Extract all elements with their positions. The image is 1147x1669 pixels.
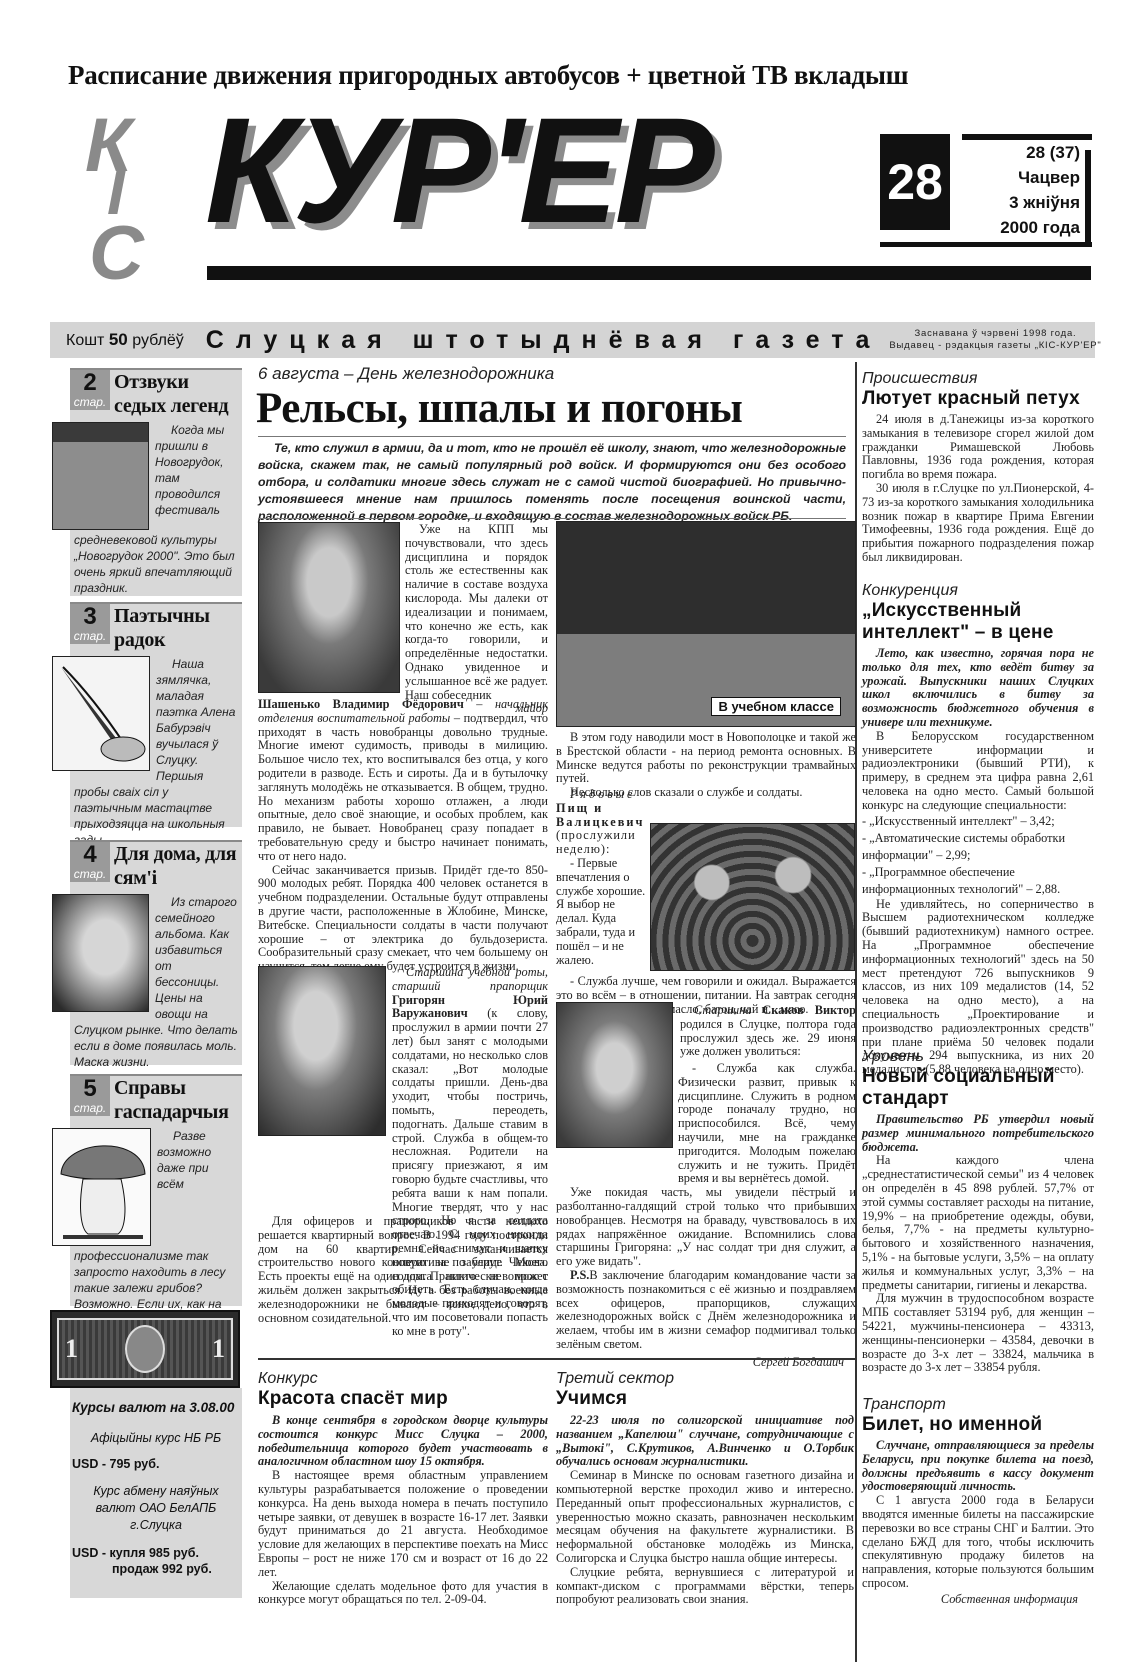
teaser-page-3[interactable]: 3стар. Паэтычны радок Наша зямлячка, мал… bbox=[70, 602, 242, 827]
teaser-title: Паэтычны радок bbox=[110, 604, 242, 652]
issue-frame-right bbox=[1085, 150, 1091, 242]
fx-official-value: USD - 795 руб. bbox=[72, 1457, 240, 1471]
woman-portrait-photo bbox=[52, 894, 149, 1012]
teaser-page-4[interactable]: 4стар. Для дома, для сям'і Из старого се… bbox=[70, 840, 242, 1065]
fx-official-label: Афіцыйны курс НБ РБ bbox=[72, 1431, 240, 1445]
page-number: 5стар. bbox=[70, 1076, 110, 1116]
story-headline: Новый социальный стандарт bbox=[862, 1066, 1094, 1110]
issue-weekday: Чацвер bbox=[950, 165, 1080, 190]
story-kicker: Происшествия bbox=[862, 370, 1094, 388]
story-fire: Происшествия Лютует красный петух 24 июл… bbox=[862, 370, 1094, 565]
story-competition: Конкуренция „Искусственный интеллект" – … bbox=[862, 582, 1094, 1077]
story-headline: „Искусственный интеллект" – в цене bbox=[862, 600, 1094, 644]
section-divider bbox=[258, 1358, 855, 1360]
divider bbox=[258, 436, 846, 437]
newspaper-title: КУР'ЕР bbox=[205, 95, 711, 245]
issue-number-box: 28 bbox=[880, 134, 950, 230]
teaser-page-5[interactable]: 5стар. Справы гаспадарчыя Разве возможно… bbox=[70, 1074, 242, 1306]
title-underline bbox=[207, 266, 1091, 280]
story-kicker: Конкурс bbox=[258, 1370, 548, 1388]
issue-number: 28 (37) bbox=[950, 140, 1080, 165]
article-paragraph: Уже покидая часть, мы увидели пёстрый и … bbox=[556, 1186, 856, 1269]
story-kicker: Транспорт bbox=[862, 1396, 1094, 1414]
price-value: 50 bbox=[109, 330, 128, 349]
story-kicker: Третий сектор bbox=[556, 1370, 854, 1388]
training-class-photo: В учебном классе bbox=[556, 521, 856, 727]
issue-year: 2000 года bbox=[950, 215, 1080, 240]
story-beauty-contest: Конкурс Красота спасёт мир В конце сентя… bbox=[258, 1370, 548, 1607]
divider bbox=[258, 518, 846, 519]
issue-info: 28 (37) Чацвер 3 жніўня 2000 года bbox=[950, 140, 1080, 240]
sergeant-major-portrait-photo bbox=[258, 966, 386, 1136]
main-story-headline: Рельсы, шпалы и погоны bbox=[256, 384, 742, 433]
currency-rates-box: Курсы валют на 3.08.00 Афіцыйны курс НБ … bbox=[70, 1388, 242, 1598]
article-paragraph: Сейчас заканчивается призыв. Придёт где-… bbox=[258, 864, 548, 974]
price: Кошт 50 рублёў bbox=[66, 330, 184, 350]
fx-buy: USD - купля 985 руб. bbox=[72, 1546, 240, 1560]
story-social-standard: Уровень Новый социальный стандарт Правит… bbox=[862, 1048, 1094, 1375]
main-story-kicker: 6 августа – День железнодорожника bbox=[258, 364, 554, 384]
medieval-festival-photo bbox=[52, 422, 149, 530]
story-headline: Лютует красный петух bbox=[862, 388, 1094, 410]
officer-portrait-photo bbox=[258, 522, 400, 693]
story-kicker: Конкуренция bbox=[862, 582, 1094, 600]
teaser-title: Отзвуки седых легенд bbox=[110, 370, 242, 418]
teaser-title: Для дома, для сям'і bbox=[110, 842, 242, 890]
list-item: - „Искусственный интеллект" – 3,42; bbox=[862, 813, 1094, 830]
article-paragraph: Уже на КПП мы почувствовали, что здесь д… bbox=[405, 523, 548, 702]
interviewee-name: Пищ и Валицкевич bbox=[556, 801, 644, 829]
fx-title: Курсы валют на 3.08.00 bbox=[72, 1400, 240, 1415]
list-item: - „Программное обеспечение информационны… bbox=[862, 864, 1094, 898]
story-kicker: Уровень bbox=[862, 1048, 1094, 1066]
teaser-page-2[interactable]: 2стар. Отзвуки седых легенд Когда мы при… bbox=[70, 368, 242, 596]
kic-logo: К І С bbox=[85, 108, 160, 293]
fx-exchange-label: Курс абмену наяўных валют ОАО БелАПБ г.С… bbox=[72, 1483, 240, 1534]
founded-info: Заснавана ў чэрвені 1998 года. Выдавец -… bbox=[889, 328, 1101, 352]
subtitle-bar: Кошт 50 рублёў Слуцкая штотыднёвая газет… bbox=[50, 322, 1095, 358]
quill-pen-icon bbox=[52, 656, 150, 771]
fx-sell: продаж 992 руб. bbox=[72, 1562, 240, 1576]
interviewee-name: Скаков Виктор bbox=[762, 1003, 856, 1017]
mushroom-icon bbox=[52, 1128, 151, 1246]
page-number: 3стар. bbox=[70, 604, 110, 644]
page-number: 4стар. bbox=[70, 842, 110, 882]
story-headline: Учимся bbox=[556, 1388, 854, 1410]
dollar-bill-image: 1 1 bbox=[50, 1310, 240, 1388]
washington-portrait bbox=[125, 1325, 165, 1373]
photo-caption: В учебном классе bbox=[711, 697, 841, 716]
kic-letter-s: С bbox=[89, 216, 144, 292]
issue-date: 3 жніўня bbox=[950, 190, 1080, 215]
author-byline: Собственная информация bbox=[862, 1593, 1094, 1607]
specialty-list: - „Искусственный интеллект" – 3,42; - „А… bbox=[862, 813, 1094, 898]
story-headline: Красота спасёт мир bbox=[258, 1388, 548, 1410]
two-soldiers-photo bbox=[650, 823, 855, 971]
article-paragraph: Для офицеров и прапорщиков части неплохо… bbox=[258, 1215, 548, 1325]
story-third-sector: Третий сектор Учимся 22-23 июля по солиг… bbox=[556, 1370, 854, 1607]
teaser-title: Справы гаспадарчыя bbox=[110, 1076, 242, 1124]
page-number: 2стар. bbox=[70, 370, 110, 410]
story-headline: Билет, но именной bbox=[862, 1414, 1094, 1436]
list-item: - „Автоматические системы обработки инфо… bbox=[862, 830, 1094, 864]
interviewee-name: Шашенько Владимир Фёдорович bbox=[258, 697, 464, 711]
main-story-lead: Те, кто служил в армии, да и тот, кто не… bbox=[258, 440, 846, 525]
article-paragraph: В этом году наводили мост в Новополоцке … bbox=[556, 731, 856, 786]
issue-frame-bottom bbox=[880, 242, 1092, 247]
story-transport: Транспорт Билет, но именной Случчане, от… bbox=[862, 1396, 1094, 1607]
paper-subtitle: Слуцкая штотыднёвая газета bbox=[206, 326, 882, 355]
